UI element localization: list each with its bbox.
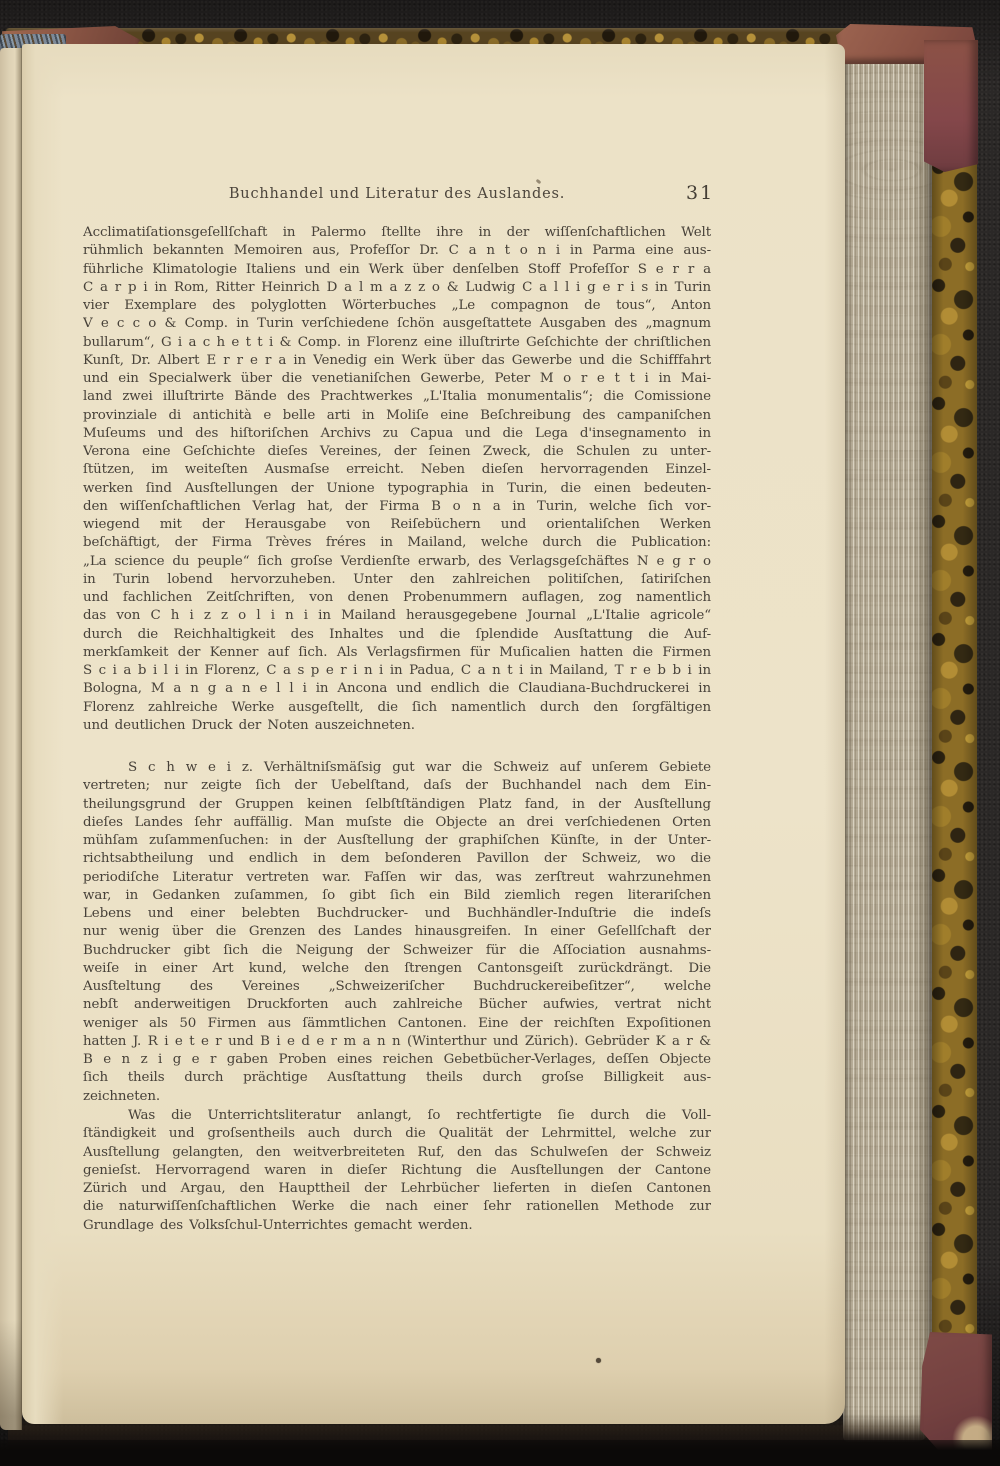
text-line: Zürich und Argau, den Haupttheil der Leh… <box>83 1180 711 1198</box>
text-line: C a r p i in Rom, Ritter Heinrich D a l … <box>83 279 711 297</box>
text-line: Muſeums und des hiſtoriſchen Archivs zu … <box>83 425 711 443</box>
text-line: V e c c o & Comp. in Turin verſchiedene … <box>83 315 711 333</box>
text-line: Florenz zahlreiche Werke ausgeſtellt, di… <box>83 699 711 717</box>
text-line: „La science du peuple“ ſich groſse Verdi… <box>83 553 711 571</box>
text-line: merkſamkeit der Kenner auf ſich. Als Ver… <box>83 644 711 662</box>
text-line: weiſe in einer Art kund, welche den ſtre… <box>83 960 711 978</box>
text-line: und deutlichen Druck der Noten auszeichn… <box>83 717 711 735</box>
text-line: Buchdrucker gibt ſich die Neigung der Sc… <box>83 942 711 960</box>
text-line: werken ſind Ausſtellungen der Unione typ… <box>83 480 711 498</box>
text-line: wiegend mit der Herausgabe von Reiſebüch… <box>83 516 711 534</box>
text-line: und fachlichen Zeitſchriften, von denen … <box>83 589 711 607</box>
text-line: das von C h i z z o l i n i in Mailand h… <box>83 607 711 625</box>
bottom-shadow-band <box>0 1440 1000 1466</box>
text-line: periodiſche Literatur vertreten war. Faſ… <box>83 869 711 887</box>
paragraph: Acclimatiſationsgeſellſchaft in Palermo … <box>83 224 711 735</box>
text-line: bullarum“, G i a c h e t t i & Comp. in … <box>83 334 711 352</box>
text-line: Verona eine Geſchichte dieſes Vereines, … <box>83 443 711 461</box>
text-line: B e n z i g e r gaben Proben eines reich… <box>83 1051 711 1069</box>
text-line: den wiſſenſchaftlichen Verlag hat, der F… <box>83 498 711 516</box>
text-line: theilungsgrund der Gruppen keinen ſelbſt… <box>83 796 711 814</box>
text-line: Ausſteltung des Vereines „Schweizeriſche… <box>83 978 711 996</box>
ink-speck <box>596 1358 601 1363</box>
text-line: vertreten; nur zeigte ſich der Uebelſtan… <box>83 777 711 795</box>
text-line: weniger als 50 Firmen aus ſämmtlichen Ca… <box>83 1015 711 1033</box>
text-line: beſchäftigt, der Firma Trèves fréres in … <box>83 534 711 552</box>
text-line: die naturwiſſenſchaftlichen Werke die na… <box>83 1198 711 1216</box>
text-line: nebſt anderweitigen Druckforten auch zah… <box>83 996 711 1014</box>
leather-corner-bottom-right <box>920 1332 992 1454</box>
text-line: rühmlich bekannten Memoiren aus, Profeſſ… <box>83 242 711 260</box>
fore-edge-pages <box>843 50 932 1442</box>
paragraph: S c h w e i z. Verhältniſsmäſsig gut war… <box>83 759 711 1106</box>
text-line: Acclimatiſationsgeſellſchaft in Palermo … <box>83 224 711 242</box>
book-page: Buchhandel und Literatur des Auslandes. … <box>22 44 845 1424</box>
text-line: nur wenig über die Grenzen des Landes hi… <box>83 923 711 941</box>
text-line: richtsabtheilung und endlich in dem beſo… <box>83 850 711 868</box>
ink-speck <box>536 179 542 185</box>
paragraph: Was die Unterrichtsliteratur anlangt, ſo… <box>83 1107 711 1235</box>
text-line: genieſst. Hervorragend waren in dieſer R… <box>83 1162 711 1180</box>
text-line: war, in Gedanken zuſammen, ſo gibt ſich … <box>83 887 711 905</box>
text-line: ſtützen, im weiteſten Ausmaſse erreicht.… <box>83 461 711 479</box>
running-head: Buchhandel und Literatur des Auslandes. <box>83 186 711 202</box>
text-line: dieſes Landes ſehr auffällig. Man muſste… <box>83 814 711 832</box>
text-line: führliche Klimatologie Italiens und ein … <box>83 261 711 279</box>
text-line: provinziale di antichità e belle arti in… <box>83 407 711 425</box>
text-line: ſich theils durch prächtige Ausſtattung … <box>83 1069 711 1087</box>
previous-page-edge <box>0 48 22 1430</box>
marbled-cover-edge <box>929 158 977 1345</box>
text-line: land zwei illuſtrirte Bände des Prachtwe… <box>83 388 711 406</box>
text-line: mühſam zuſammenſuchen: in der Ausſtellun… <box>83 832 711 850</box>
page-number: 31 <box>686 182 714 204</box>
text-line: S c h w e i z. Verhältniſsmäſsig gut war… <box>83 759 711 777</box>
text-line: Grundlage des Volksſchul-Unterrichtes ge… <box>83 1217 711 1235</box>
text-line: Bologna, M a n g a n e l l i in Ancona u… <box>83 680 711 698</box>
text-line: vier Exemplare des polyglotten Wörterbuc… <box>83 297 711 315</box>
text-line: zeichneten. <box>83 1088 711 1106</box>
text-line: in Turin lobend hervorzuheben. Unter den… <box>83 571 711 589</box>
text-line: durch die Reichhaltigkeit des Inhaltes u… <box>83 626 711 644</box>
text-line: Lebens und einer belebten Buchdrucker- u… <box>83 905 711 923</box>
text-line: ſtändigkeit und groſsentheils auch durch… <box>83 1125 711 1143</box>
text-line: S c i a b i l i in Florenz, C a s p e r … <box>83 662 711 680</box>
text-line: Was die Unterrichtsliteratur anlangt, ſo… <box>83 1107 711 1125</box>
text-line: Kunſt, Dr. Albert E r r e r a in Venedig… <box>83 352 711 370</box>
text-line: Ausſtellung gelangten, den weitverbreite… <box>83 1144 711 1162</box>
text-line: und ein Specialwerk über die venetianiſc… <box>83 370 711 388</box>
leather-corner-top-right-side <box>924 40 978 172</box>
text-line: hatten J. R i e t e r und B i e d e r m … <box>83 1033 711 1051</box>
